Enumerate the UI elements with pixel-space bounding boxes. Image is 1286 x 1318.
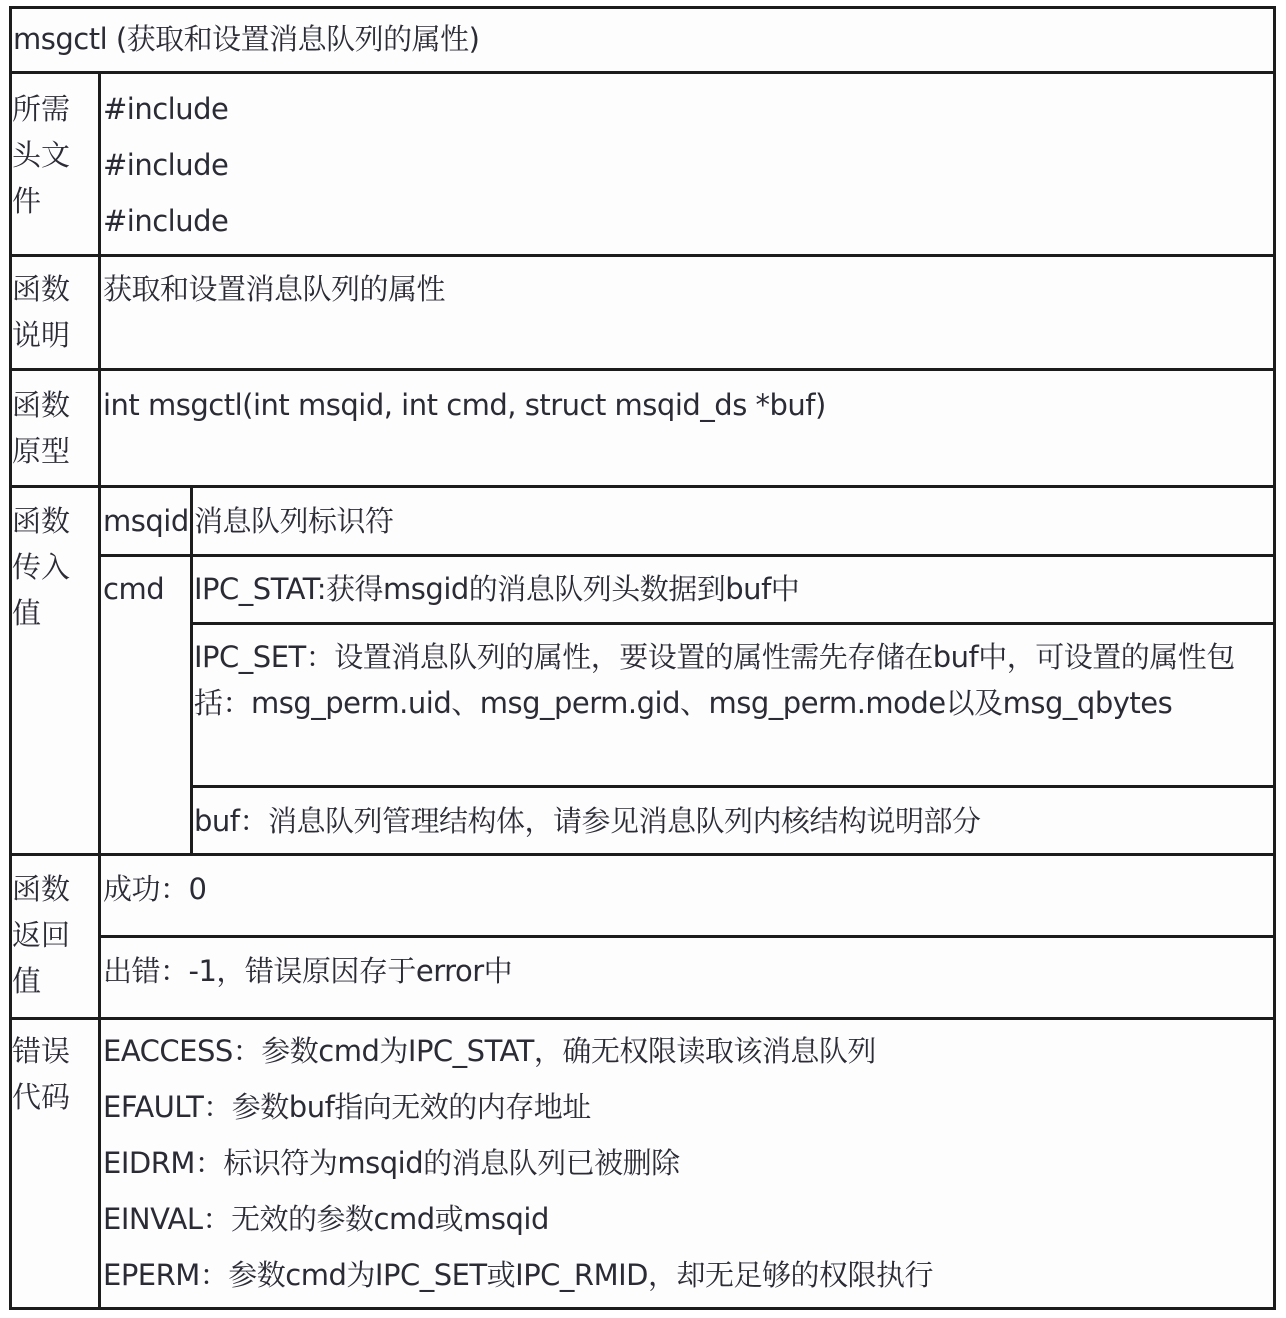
row-divider (9, 368, 1276, 371)
param-desc-ipc-stat: IPC_STAT:获得msgid的消息队列头数据到buf中 (194, 574, 799, 604)
row-divider (9, 485, 1276, 488)
return-success: 成功：0 (103, 874, 206, 904)
header-include-1: #include (103, 94, 228, 124)
param-desc-buf: buf：消息队列管理结构体，请参见消息队列内核结构说明部分 (194, 806, 981, 836)
row-divider (9, 853, 1276, 856)
row-divider (9, 254, 1276, 257)
row-divider (9, 71, 1276, 74)
row-divider (100, 554, 1276, 557)
error-code-eaccess: EACCESS：参数cmd为IPC_STAT，确无权限读取该消息队列 (103, 1036, 876, 1066)
return-error: 出错：-1，错误原因存于error中 (103, 956, 512, 986)
error-code-eperm: EPERM：参数cmd为IPC_SET或IPC_RMID，却无足够的权限执行 (103, 1260, 933, 1290)
function-prototype: int msgctl(int msqid, int cmd, struct ms… (103, 390, 826, 420)
row-divider (9, 1017, 1276, 1020)
error-code-einval: EINVAL：无效的参数cmd或msqid (103, 1204, 549, 1234)
row-label-params: 函数传入值 (12, 498, 82, 636)
error-code-eidrm: EIDRM：标识符为msqid的消息队列已被删除 (103, 1148, 680, 1178)
param-name-cmd: cmd (103, 574, 164, 604)
param-name-msqid: msqid (103, 506, 189, 536)
column-divider (190, 485, 193, 855)
row-label-description: 函数说明 (12, 266, 82, 358)
row-label-prototype: 函数原型 (12, 382, 82, 474)
row-label-returns: 函数返回值 (12, 866, 82, 1004)
row-label-errors: 错误代码 (12, 1028, 82, 1120)
row-divider (100, 935, 1276, 938)
table-title: msgctl (获取和设置消息队列的属性) (13, 24, 480, 54)
row-divider (192, 785, 1276, 788)
column-divider (98, 71, 101, 1310)
param-desc-ipc-set: IPC_SET：设置消息队列的属性，要设置的属性需先存储在buf中，可设置的属性… (194, 634, 1254, 726)
function-description: 获取和设置消息队列的属性 (103, 274, 445, 304)
row-label-headers: 所需头文件 (12, 86, 82, 224)
header-include-2: #include (103, 150, 228, 180)
header-include-3: #include (103, 206, 228, 236)
error-code-efault: EFAULT：参数buf指向无效的内存地址 (103, 1092, 591, 1122)
param-desc-msqid: 消息队列标识符 (194, 506, 394, 536)
row-divider (192, 622, 1276, 625)
